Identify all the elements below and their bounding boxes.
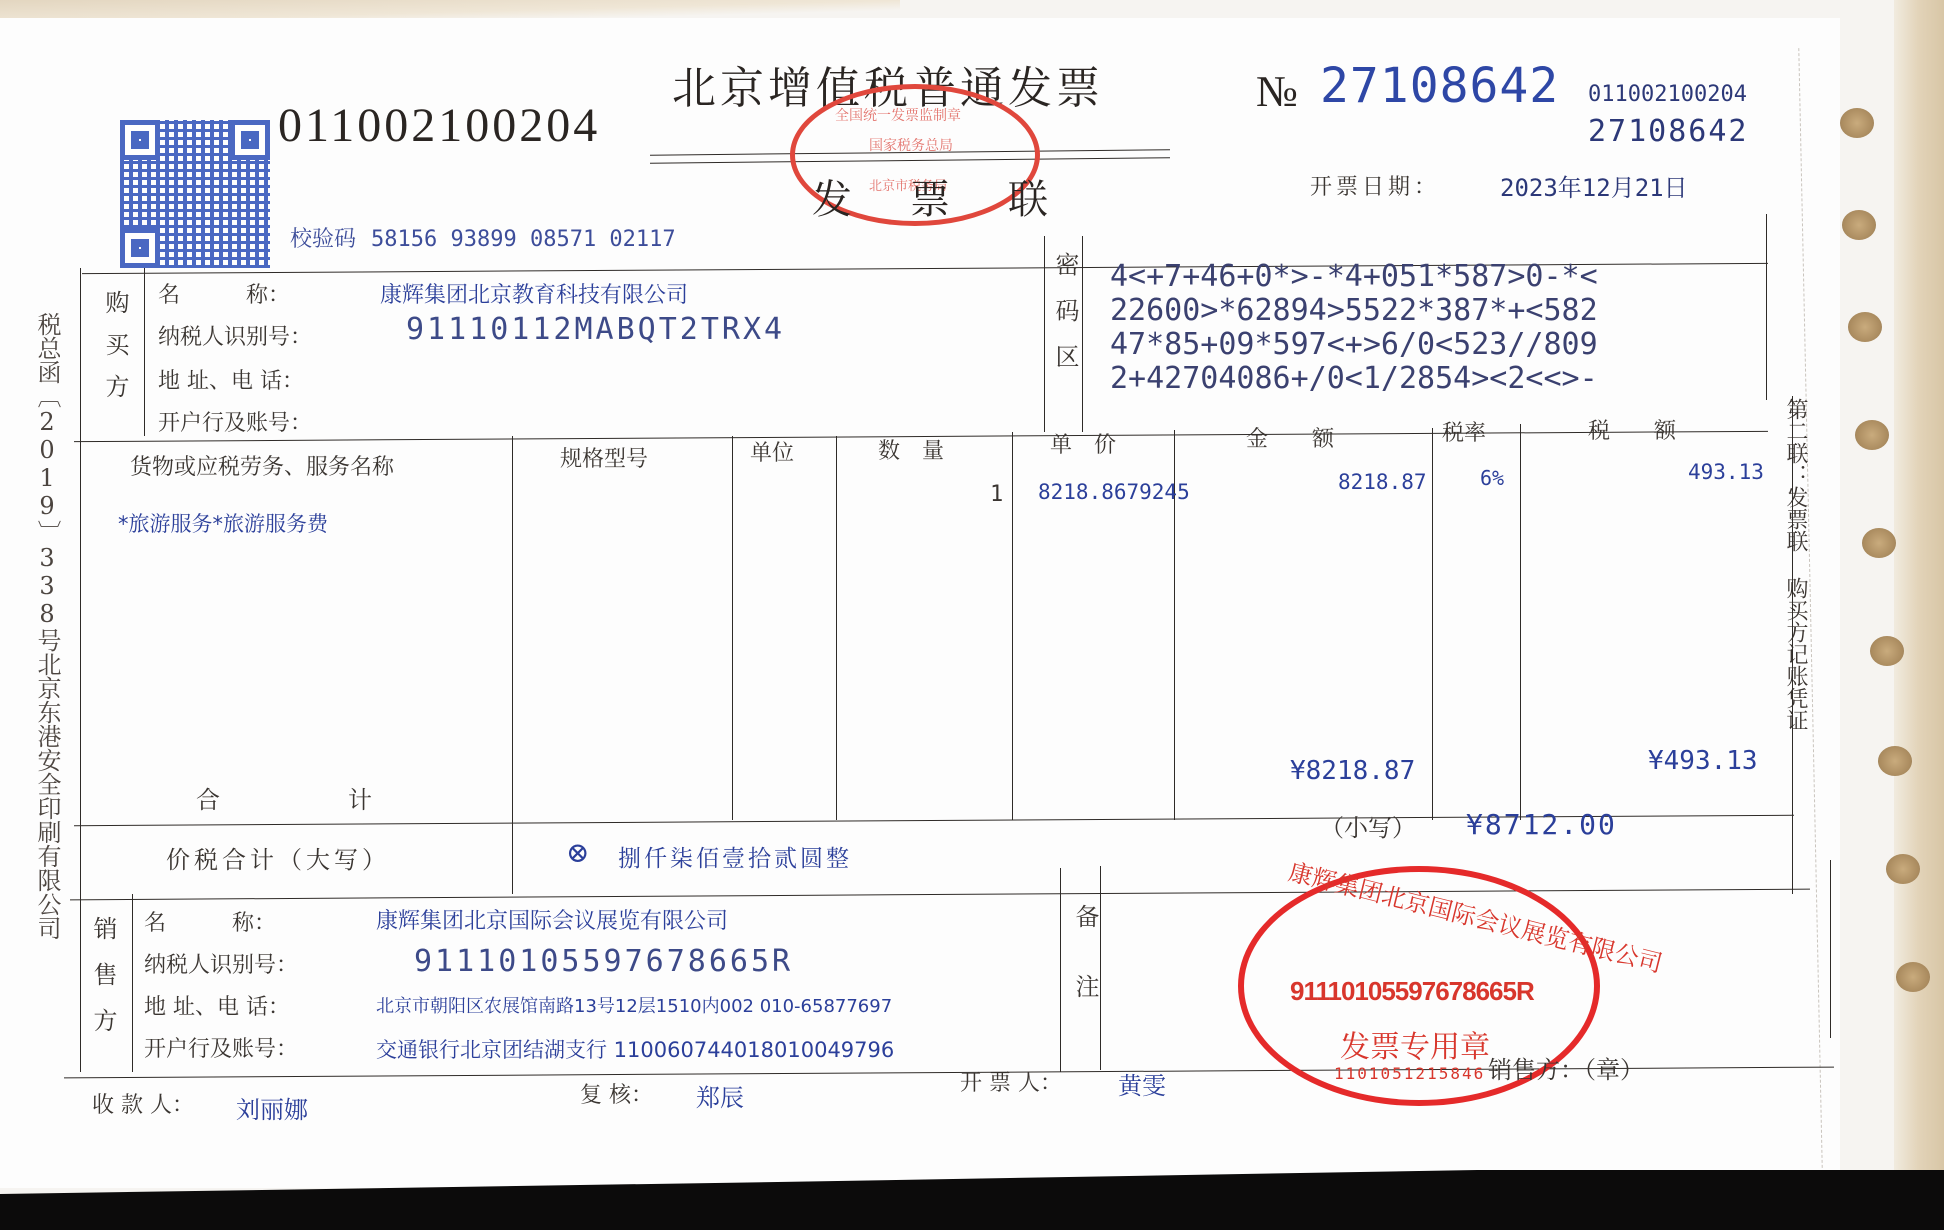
- grand-total-lower-label: （小写）: [1320, 808, 1416, 843]
- check-code-label: 校验码: [290, 227, 356, 252]
- payee-value: 刘丽娜: [236, 1090, 308, 1125]
- total-amount: ¥8218.87: [1290, 756, 1415, 786]
- seller-seal-label: 销售方：（章）: [1488, 1050, 1644, 1085]
- number-symbol: №: [1256, 66, 1298, 117]
- item-amount: 8218.87: [1338, 470, 1427, 494]
- feed-hole-icon: [1842, 210, 1876, 240]
- grand-total-lower-value: ¥8712.00: [1466, 808, 1617, 841]
- remarks-label: 备注: [1068, 904, 1103, 1044]
- header-spec: 规格型号: [560, 442, 648, 473]
- buyer-bank-label: 开户行及账号：: [158, 406, 312, 437]
- grid-right-border: [1792, 396, 1793, 894]
- seller-address-value: 北京市朝阳区农展馆南路13号12层1510内002 010-65877697: [376, 992, 892, 1018]
- seller-tax-id-value: 91110105597678665R: [414, 944, 793, 979]
- seller-bank-value: 交通银行北京团结湖支行 110060744018010049796: [376, 1034, 894, 1064]
- item-unit-price: 8218.8679245: [1038, 480, 1190, 504]
- cipher-line: 22600>*62894>5522*387*+<582: [1110, 294, 1598, 328]
- invoice-code-large: 011002100204: [278, 98, 600, 153]
- header-unit: 单位: [750, 436, 794, 467]
- seller-address-label: 地 址、电 话：: [144, 990, 290, 1021]
- buyer-tax-id-value: 91110112MABQT2TRX4: [406, 312, 785, 347]
- invoice-number: 27108642: [1320, 58, 1559, 114]
- total-tax: ¥493.13: [1648, 746, 1758, 776]
- header-quantity: 数 量: [878, 434, 944, 465]
- header-tax-rate: 税率: [1442, 416, 1486, 447]
- total-label: 合 计: [196, 780, 386, 815]
- issuer-label: 开 票 人：: [960, 1066, 1062, 1097]
- grand-total-upper-value: 捌仟柒佰壹拾贰圆整: [618, 840, 852, 873]
- reviewer-label: 复 核：: [580, 1078, 653, 1109]
- printed-invoice-code: 011002100204: [1588, 82, 1747, 107]
- cipher-line: 2+42704086+/0<1/2854><2<<>-: [1110, 362, 1598, 396]
- cipher-section-label: 密码区: [1048, 252, 1083, 390]
- check-code: 校验码 58156 93899 08571 02117: [290, 222, 676, 253]
- issue-date-label: 开票日期：: [1310, 170, 1440, 201]
- feed-hole-icon: [1896, 962, 1930, 992]
- cipher-right-border: [1766, 214, 1767, 400]
- col-divider: [512, 436, 513, 894]
- feed-hole-icon: [1870, 636, 1904, 666]
- header-item-name: 货物或应税劳务、服务名称: [130, 450, 394, 481]
- printer-license-text: 税总函〔2019〕338号北京东港安全印刷有限公司: [30, 312, 65, 1052]
- buyer-tax-id-label: 纳税人识别号：: [158, 320, 312, 351]
- feed-hole-icon: [1848, 312, 1882, 342]
- col-divider: [1432, 428, 1433, 820]
- copy-purpose-text: 第二联：发票联 购买方记账凭证: [1780, 398, 1811, 838]
- remarks-left-border: [1060, 868, 1061, 1072]
- feed-hole-icon: [1855, 420, 1889, 450]
- item-tax-rate: 6%: [1480, 466, 1504, 490]
- cipher-line: 4<+7+46+0*>-*4+051*587>0-*<: [1110, 260, 1598, 294]
- buyer-label-divider: [144, 268, 145, 436]
- payee-label: 收 款 人：: [92, 1088, 194, 1119]
- remarks-right-border: [1830, 860, 1831, 1038]
- col-divider: [836, 436, 837, 820]
- background-surface-right: [1894, 0, 1944, 1230]
- header-unit-price: 单 价: [1050, 428, 1116, 459]
- seller-name-label: 名 称：: [144, 906, 276, 937]
- grand-total-upper-label: 价税合计（大写）: [166, 840, 390, 875]
- feed-hole-icon: [1840, 108, 1874, 138]
- cipher-left-border: [1044, 236, 1045, 432]
- item-quantity: 1: [990, 482, 1003, 507]
- issue-date-value: 2023年12月21日: [1500, 168, 1688, 203]
- col-divider: [1012, 432, 1013, 820]
- feed-hole-icon: [1878, 746, 1912, 776]
- reviewer-value: 郑辰: [696, 1078, 744, 1113]
- feed-hole-icon: [1886, 854, 1920, 884]
- feed-hole-icon: [1862, 528, 1896, 558]
- seller-bank-label: 开户行及账号：: [144, 1032, 298, 1063]
- seller-label-divider: [132, 894, 133, 1072]
- header-tax-amount: 税 额: [1588, 414, 1676, 445]
- col-divider: [732, 436, 733, 820]
- col-divider: [1520, 424, 1521, 820]
- item-name: *旅游服务*旅游服务费: [118, 508, 328, 538]
- circled-x-icon: ⊗: [566, 836, 589, 869]
- issuer-value: 黄雯: [1118, 1066, 1166, 1101]
- copy-label: 发票联: [812, 168, 1106, 225]
- buyer-address-label: 地 址、电 话：: [158, 364, 304, 395]
- buyer-name-label: 名 称：: [158, 278, 290, 309]
- item-tax-amount: 493.13: [1688, 460, 1764, 484]
- seller-tax-id-label: 纳税人识别号：: [144, 948, 298, 979]
- seller-section-label: 销售方: [86, 916, 121, 1054]
- buyer-name-value: 康辉集团北京教育科技有限公司: [380, 278, 688, 309]
- header-amount: 金 额: [1246, 422, 1334, 453]
- check-code-value: 58156 93899 08571 02117: [371, 227, 676, 252]
- qr-code-icon: [120, 120, 270, 268]
- seller-name-value: 康辉集团北京国际会议展览有限公司: [376, 904, 728, 935]
- cipher-text: 4<+7+46+0*>-*4+051*587>0-*< 22600>*62894…: [1110, 260, 1598, 396]
- grid-left-border: [80, 268, 81, 1072]
- printed-invoice-number: 27108642: [1588, 114, 1749, 149]
- buyer-section-label: 购买方: [98, 290, 133, 416]
- cipher-line: 47*85+09*597<+>6/0<523//809: [1110, 328, 1598, 362]
